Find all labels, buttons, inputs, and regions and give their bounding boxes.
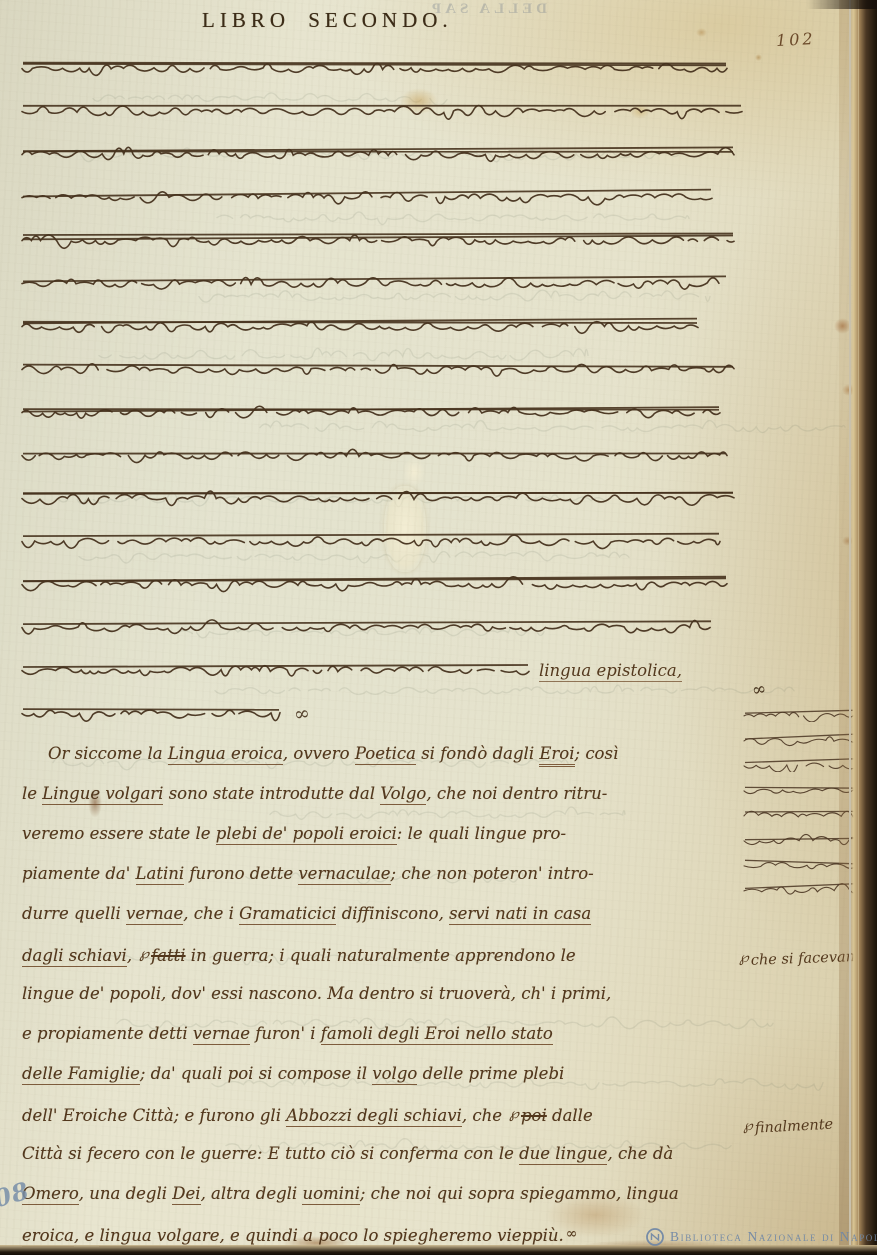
manuscript-page: LIBRO SECONDO. DELLA SAP 102 lingua epis… (0, 0, 877, 1255)
struck-line (20, 222, 765, 252)
stamp-emblem-icon (645, 1227, 665, 1247)
paragraph-line: Or siccome la Lingua eroica, ovvero Poet… (22, 734, 752, 774)
margin-note-text: finalmente (754, 1117, 833, 1137)
struck-line (20, 308, 765, 338)
paragraph-line: lingue de' popoli, dov' essi nascono. Ma… (22, 974, 752, 1014)
struck-line (20, 523, 765, 553)
folio-number: 102 (776, 29, 816, 50)
paragraph-line: Città si fecero con le guerre: E tutto c… (22, 1134, 752, 1174)
library-stamp: Biblioteca Nazionale di Napoli (645, 1227, 877, 1247)
legible-fragment: lingua epistolica, (539, 661, 682, 682)
paragraph-line: dell' Eroiche Città; e furono gli Abbozz… (22, 1094, 752, 1134)
flourish-icon: ∞ (750, 679, 767, 701)
insertion-mark-icon: ℘ (509, 1106, 519, 1122)
struck-line (20, 480, 765, 510)
paragraph-line: le Lingue volgari sono state introdutte … (22, 774, 752, 814)
main-paragraph: Or siccome la Lingua eroica, ovvero Poet… (22, 734, 752, 1254)
struck-line (20, 437, 765, 467)
margin-note-finalmente: ℘finalmente (741, 1114, 834, 1138)
insertion-mark-icon: ℘ (743, 1118, 754, 1134)
struck-line: lingua epistolica, (20, 652, 765, 682)
stamp-label: Biblioteca Nazionale di Napoli (670, 1229, 877, 1245)
struck-line (20, 136, 765, 166)
struck-text-block: lingua epistolica,∞ (20, 50, 765, 738)
struck-line (20, 93, 765, 123)
paragraph-line: Omero, una degli Dei, altra degli uomini… (22, 1174, 752, 1214)
paragraph-line: dagli schiavi, ℘fatti in guerra; i quali… (22, 934, 752, 974)
paragraph-line: durre quelli vernae, che i Gramaticici d… (22, 894, 752, 934)
struck-line (20, 265, 765, 295)
flourish-icon: ∞ (293, 702, 312, 726)
struck-line (20, 50, 765, 80)
insertion-mark-icon: ℘ (139, 946, 149, 962)
struck-line (20, 566, 765, 596)
page-title: LIBRO SECONDO. (202, 8, 453, 33)
struck-line (20, 179, 765, 209)
insertion-mark-icon: ∞ (566, 1226, 578, 1242)
paper-stain (696, 28, 707, 37)
book-edge (849, 0, 877, 1255)
paragraph-line: piamente da' Latini furono dette vernacu… (22, 854, 752, 894)
struck-line: ∞ (20, 695, 765, 725)
top-right-corner-shadow (807, 0, 877, 9)
paragraph-line: delle Famiglie; da' quali poi si compose… (22, 1054, 752, 1094)
struck-line (20, 351, 765, 381)
struck-line (20, 394, 765, 424)
paragraph-line: veremo essere state le plebi de' popoli … (22, 814, 752, 854)
paragraph-line: e propiamente detti vernae furon' i famo… (22, 1014, 752, 1054)
struck-line (20, 609, 765, 639)
insertion-mark-icon: ℘ (739, 950, 749, 966)
